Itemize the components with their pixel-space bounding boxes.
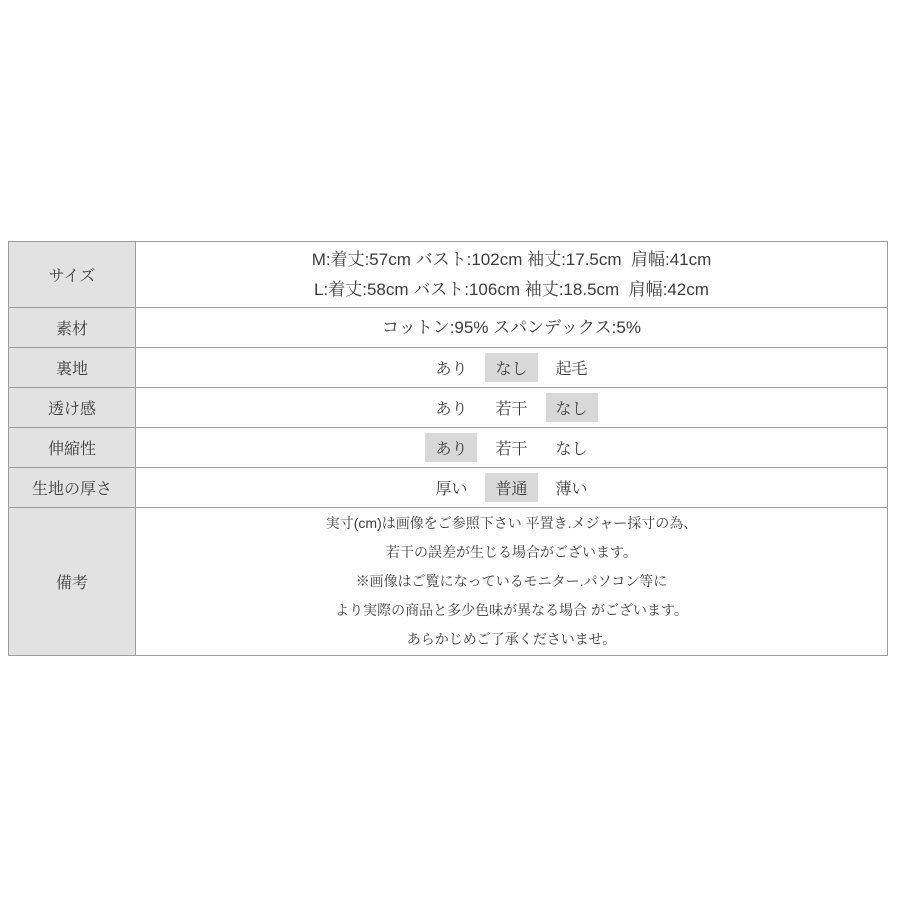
- sheerness-option-ari: あり: [425, 393, 477, 422]
- sheerness-option-jakkan: 若干: [485, 393, 537, 422]
- table-row-lining: 裏地 あり なし 起毛: [9, 348, 887, 388]
- lining-option-nashi: なし: [485, 353, 537, 382]
- row-label-lining: 裏地: [9, 348, 136, 387]
- row-label-notes: 備考: [9, 508, 136, 655]
- table-row-size: サイズ M:着丈:57cm バスト:102cm 袖丈:17.5cm 肩幅:41c…: [9, 242, 887, 308]
- size-line-m: M:着丈:57cm バスト:102cm 袖丈:17.5cm 肩幅:41cm: [312, 245, 712, 275]
- lining-option-kimo: 起毛: [546, 353, 598, 382]
- notes-line-5: あらかじめご了承くださいませ。: [407, 625, 617, 654]
- row-label-material: 素材: [9, 308, 136, 347]
- product-spec-table: サイズ M:着丈:57cm バスト:102cm 袖丈:17.5cm 肩幅:41c…: [8, 241, 888, 656]
- size-line-l: L:着丈:58cm バスト:106cm 袖丈:18.5cm 肩幅:42cm: [314, 275, 709, 305]
- row-label-sheerness: 透け感: [9, 388, 136, 427]
- table-row-notes: 備考 実寸(cm)は画像をご参照下さい 平置き.メジャー採寸の為、 若干の誤差が…: [9, 508, 887, 655]
- notes-line-4: より実際の商品と多少色味が異なる場合 がございます。: [335, 596, 688, 625]
- table-row-thickness: 生地の厚さ 厚い 普通 薄い: [9, 468, 887, 508]
- row-value-size: M:着丈:57cm バスト:102cm 袖丈:17.5cm 肩幅:41cm L:…: [136, 242, 887, 307]
- row-label-stretch: 伸縮性: [9, 428, 136, 467]
- notes-line-2: 若干の誤差が生じる場合がございます。: [386, 538, 637, 567]
- row-value-stretch: あり 若干 なし: [136, 428, 887, 467]
- stretch-option-ari: あり: [425, 433, 477, 462]
- row-value-thickness: 厚い 普通 薄い: [136, 468, 887, 507]
- thickness-option-futsuu: 普通: [485, 473, 537, 502]
- row-value-sheerness: あり 若干 なし: [136, 388, 887, 427]
- row-value-lining: あり なし 起毛: [136, 348, 887, 387]
- row-value-notes: 実寸(cm)は画像をご参照下さい 平置き.メジャー採寸の為、 若干の誤差が生じる…: [136, 508, 887, 655]
- row-label-thickness: 生地の厚さ: [9, 468, 136, 507]
- table-row-sheerness: 透け感 あり 若干 なし: [9, 388, 887, 428]
- notes-line-3: ※画像はご覧になっているモニター.パソコン等に: [356, 567, 668, 596]
- sheerness-option-nashi: なし: [546, 393, 598, 422]
- lining-option-ari: あり: [425, 353, 477, 382]
- row-label-size: サイズ: [9, 242, 136, 307]
- table-row-stretch: 伸縮性 あり 若干 なし: [9, 428, 887, 468]
- stretch-option-jakkan: 若干: [485, 433, 537, 462]
- material-text: コットン:95% スパンデックス:5%: [382, 316, 641, 340]
- row-value-material: コットン:95% スパンデックス:5%: [136, 308, 887, 347]
- thickness-option-usui: 薄い: [546, 473, 598, 502]
- notes-line-1: 実寸(cm)は画像をご参照下さい 平置き.メジャー採寸の為、: [326, 509, 697, 538]
- table-row-material: 素材 コットン:95% スパンデックス:5%: [9, 308, 887, 348]
- thickness-option-atsui: 厚い: [425, 473, 477, 502]
- stretch-option-nashi: なし: [546, 433, 598, 462]
